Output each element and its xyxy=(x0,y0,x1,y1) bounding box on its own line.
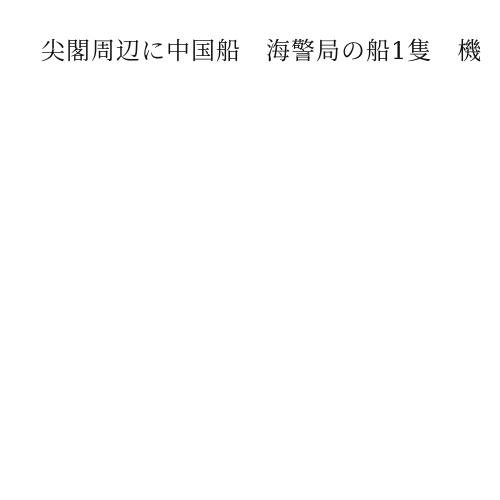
page: 尖閣周辺に中国船 海警局の船1隻 機 xyxy=(0,0,500,500)
headline: 尖閣周辺に中国船 海警局の船1隻 機 xyxy=(41,36,482,66)
